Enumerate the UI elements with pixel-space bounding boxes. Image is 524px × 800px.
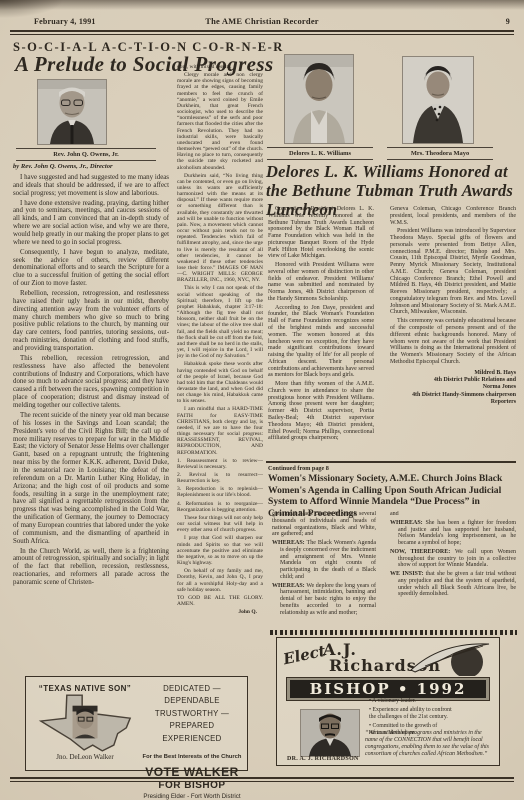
article1-paragraph: 2. Revival is to resurrect—Resurrection … bbox=[177, 472, 263, 484]
article3-paragraph: WHEREAS: The Black Women's Agenda is dee… bbox=[272, 540, 376, 581]
article2-columnA: Connectional President Delores L. K. Wil… bbox=[268, 206, 374, 458]
richardson-ad-dotted-border bbox=[270, 630, 520, 635]
article3-paragraph: WE INSIST: that she be given a fair tria… bbox=[390, 571, 516, 598]
article1-column2: dom, with mixed results.Clergy morale an… bbox=[177, 64, 263, 664]
walker-ad-title: “TEXAS NATIVE SON” bbox=[30, 684, 140, 693]
continued-label: Continued from page 8 bbox=[268, 465, 329, 472]
slogan-line: DEDICATED — DEPENDABLE bbox=[141, 683, 243, 708]
richardson-photo bbox=[301, 710, 359, 756]
richardson-elect-label: Elect bbox=[282, 642, 328, 668]
richardson-name-line1: A.J. bbox=[323, 642, 357, 657]
texas-outline-icon bbox=[38, 694, 134, 752]
walker-ad-text: DEDICATED — DEPENDABLETRUSTWORTHY — PREP… bbox=[141, 683, 243, 800]
walker-texas-graphic bbox=[38, 694, 134, 752]
richardson-banner: BISHOP • 1992 bbox=[287, 678, 489, 700]
article1-paragraph: I have suggested and had suggested to me… bbox=[13, 174, 169, 198]
article1-paragraph: This rebellion, recession retrogression,… bbox=[13, 355, 169, 410]
article2-paragraph: President Williams was introduced by Sup… bbox=[390, 228, 516, 316]
mayo-portrait-illustration bbox=[403, 57, 473, 143]
walker-footer: Presiding Elder - Fort Worth District bbox=[141, 793, 243, 800]
article1-paragraph: On behalf of my family and me, Dorothy, … bbox=[177, 568, 263, 593]
article3-columnB: andWHEREAS: She has been a fighter for f… bbox=[390, 511, 516, 627]
williams-photo bbox=[285, 55, 353, 143]
article3-paragraph: WHEREAS: She has been a fighter for free… bbox=[390, 520, 516, 547]
article3-paragraph: and bbox=[390, 511, 516, 518]
article2-columnB-wrap: Geneva Coleman, Chicago Conference Branc… bbox=[390, 206, 516, 458]
article1-byline: by Rev. John Q. Owens, Jr., Director bbox=[13, 163, 169, 170]
article1-paragraph: John Q. bbox=[177, 609, 263, 615]
richardson-portrait-illustration bbox=[301, 710, 359, 756]
footer-rule bbox=[10, 777, 514, 782]
article1-paragraph: These four things will not only help our… bbox=[177, 515, 263, 533]
walker-slogan: DEDICATED — DEPENDABLETRUSTWORTHY — PREP… bbox=[141, 683, 243, 745]
article1-paragraph: 4. Reformation is to reorganize—Reorgani… bbox=[177, 501, 263, 513]
reporter-line: 4th District Public Relations and bbox=[390, 377, 516, 384]
newspaper-page: February 4, 1991 The AME Christian Recor… bbox=[0, 0, 524, 800]
walker-tagline: For the Best Interests of the Church bbox=[141, 754, 243, 760]
article1-paragraph: I have done extensive reading, praying, … bbox=[13, 200, 169, 247]
article2-paragraph: Honored with President Williams were sev… bbox=[268, 262, 374, 303]
owens-photo bbox=[38, 80, 106, 144]
article1-paragraph: The recent suicide of the ninety year ol… bbox=[13, 412, 169, 546]
section-divider-rule bbox=[266, 461, 516, 463]
williams-portrait-illustration bbox=[285, 55, 353, 143]
article1-paragraph: I am mindful that a HARD-TIME FAITH for … bbox=[177, 406, 263, 455]
article1-paragraph: Consequently, I have begun to analyze, m… bbox=[13, 249, 169, 288]
article1-paragraph: dom, with mixed results. bbox=[177, 64, 263, 70]
article1-paragraph: In the Church World, as well, there is a… bbox=[13, 548, 169, 587]
article2-paragraph: Connectional President Delores L. K. Wil… bbox=[268, 206, 374, 260]
article3-paragraph: gressional Black Caucus in which several… bbox=[272, 511, 376, 538]
article1-paragraph: TO GOD BE ALL THE GLORY. AMEN. bbox=[177, 595, 263, 607]
owens-photo-caption: Rev. John Q. Owens, Jr. bbox=[16, 148, 156, 161]
richardson-photo-caption: DR. A. J. RICHARDSON bbox=[287, 756, 359, 762]
article2-paragraph: Geneva Coleman, Chicago Conference Branc… bbox=[390, 206, 516, 226]
walker-photo-caption: Jno. DeLeon Walker bbox=[30, 753, 140, 761]
article1-paragraph: Rebellion, recession, retrogression, and… bbox=[13, 290, 169, 353]
richardson-quote: “We must develop programs and ministries… bbox=[365, 730, 491, 758]
owens-portrait-illustration bbox=[38, 80, 106, 144]
walker-ad: “TEXAS NATIVE SON” Jno. DeLeon Walker DE… bbox=[25, 676, 248, 771]
article1-paragraph: I pray that God will sharpen our minds a… bbox=[177, 535, 263, 566]
article1-paragraph: 1. Reassessment is to review—Reviewal is… bbox=[177, 458, 263, 470]
slogan-line: TRUSTWORTHY — PREPARED bbox=[141, 708, 243, 733]
article1-paragraph: Habakkuk spoke these words after having … bbox=[177, 361, 263, 404]
article3-paragraph: NOW, THEREFORE: We call upon Women throu… bbox=[390, 549, 516, 569]
reporter-line: Mildred B. Hays bbox=[390, 370, 516, 377]
page-number: 9 bbox=[506, 17, 510, 26]
article2-paragraph: According to Jon Daye, president and fou… bbox=[268, 305, 374, 379]
richardson-banner-text: BISHOP • 1992 bbox=[290, 680, 486, 698]
reporter-line: Reporters bbox=[390, 399, 516, 406]
richardson-ad: Elect A.J. Richardson BISHOP • 1992 bbox=[276, 637, 500, 766]
mayo-photo bbox=[403, 57, 473, 143]
article1-paragraph: Durkheim said, “No living thing can be c… bbox=[177, 173, 263, 284]
slogan-line: EXPERIENCED bbox=[141, 733, 243, 745]
bullet-line: • Experience and ability to confront the… bbox=[369, 707, 455, 721]
article1-paragraph: 3. Reproduction is to replenish—Replenis… bbox=[177, 486, 263, 498]
article3-columnA: gressional Black Caucus in which several… bbox=[272, 511, 376, 627]
article1-paragraph: Clergy morale and non clergy morale are … bbox=[177, 72, 263, 171]
article2-paragraph: This ceremony was certainly educational … bbox=[390, 318, 516, 365]
article2-columnB: Geneva Coleman, Chicago Conference Branc… bbox=[390, 206, 516, 368]
masthead: The AME Christian Recorder bbox=[0, 16, 524, 26]
header-rule bbox=[10, 30, 514, 35]
article1-column1: I have suggested and had suggested to me… bbox=[13, 174, 169, 668]
article1-paragraph: This is why I can not speak of the socia… bbox=[177, 285, 263, 359]
mayo-photo-caption: Mrs. Theodora Mayo bbox=[387, 147, 493, 160]
bullet-line: • A visionary leader. bbox=[369, 698, 455, 705]
reporter-line: 4th District Handy-Simmons chairperson bbox=[390, 392, 516, 399]
williams-photo-caption: Delores L. K. Williams bbox=[267, 147, 373, 160]
article2-paragraph: More than fifty women of the A.M.E. Chur… bbox=[268, 381, 374, 442]
article2-reporters: Mildred B. Hays4th District Public Relat… bbox=[390, 370, 516, 407]
reporter-line: Norma Jones bbox=[390, 384, 516, 391]
quill-icon bbox=[405, 640, 495, 676]
article3-paragraph: WHEREAS: We deplore the long years of ha… bbox=[272, 583, 376, 617]
